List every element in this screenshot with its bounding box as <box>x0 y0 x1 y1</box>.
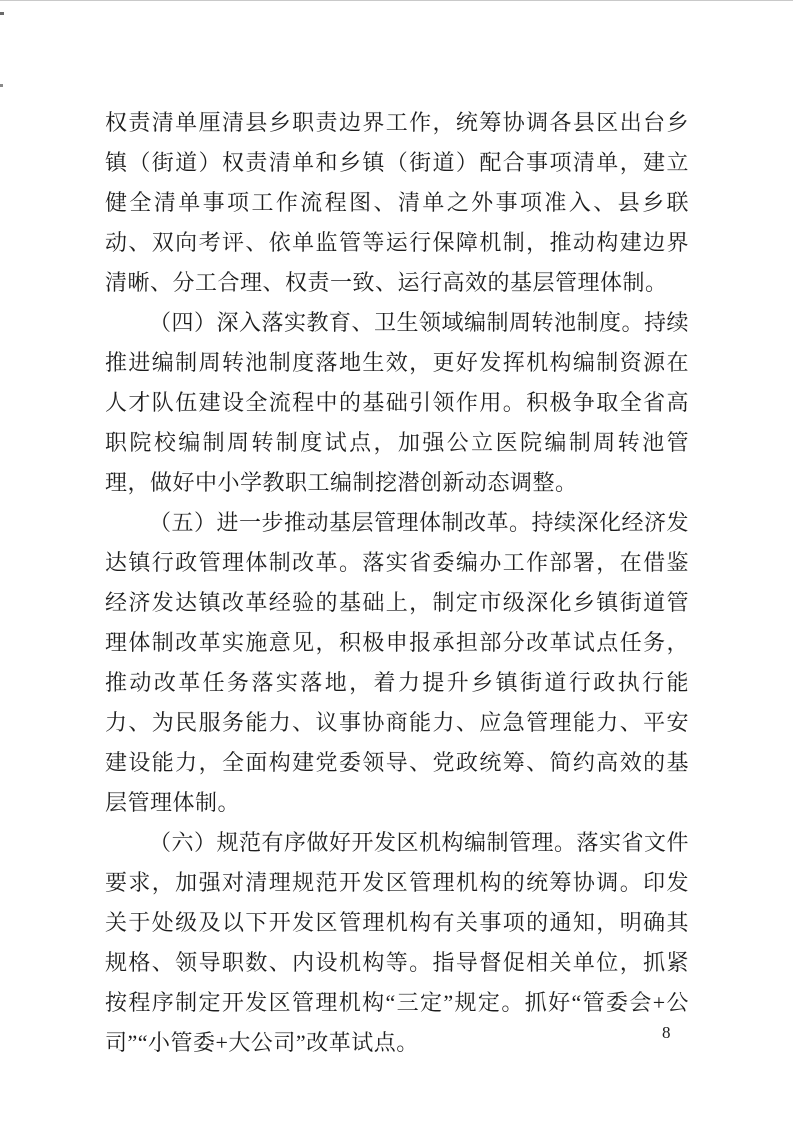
document-body: 权责清单厘清县乡职责边界工作，统筹协调各县区出台乡镇（街道）权责清单和乡镇（街道… <box>105 103 689 1063</box>
scan-artifact-left-tick <box>0 84 3 87</box>
paragraph-item-4: （四）深入落实教育、卫生领域编制周转池制度。持续推进编制周转池制度落地生效，更好… <box>105 303 689 503</box>
paragraph-item-5: （五）进一步推动基层管理体制改革。持续深化经济发达镇行政管理体制改革。落实省委编… <box>105 503 689 823</box>
scan-artifact-top-edge <box>0 0 793 1</box>
paragraph-item-6: （六）规范有序做好开发区机构编制管理。落实省文件要求，加强对清理规范开发区管理机… <box>105 823 689 1063</box>
page-number: 8 <box>662 1024 671 1042</box>
scan-artifact-left-tick <box>0 12 4 15</box>
paragraph-continuation: 权责清单厘清县乡职责边界工作，统筹协调各县区出台乡镇（街道）权责清单和乡镇（街道… <box>105 103 689 303</box>
